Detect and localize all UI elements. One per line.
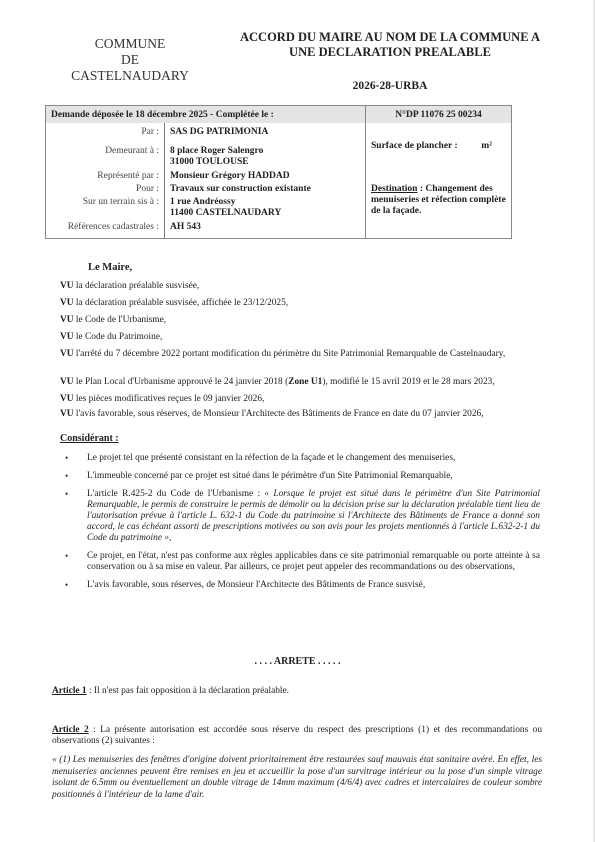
vu-text: la déclaration préalable susvisée, affic…: [74, 298, 289, 308]
request-date: Demande déposée le 18 décembre 2025 - Co…: [46, 106, 366, 124]
document-title: ACCORD DU MAIRE AU NOM DE LA COMMUNE A U…: [215, 30, 565, 60]
row-value: Monsieur Grégory HADDAD: [165, 168, 366, 182]
article-2-prescription: « (1) Les menuiseries des fenêtres d'ori…: [52, 755, 542, 801]
vu-prefix: VU: [60, 377, 74, 387]
article-1: Article 1 : Il n'est pas fait opposition…: [52, 686, 542, 697]
vu-item: VU la déclaration préalable susvisée,: [60, 281, 540, 292]
destination-label: Destination: [371, 184, 417, 194]
considerant-item: L'avis favorable, sous réserves, de Mons…: [60, 580, 540, 591]
article-text: : Il n'est pas fait opposition à la décl…: [87, 686, 289, 696]
row-label: Demeurant à :: [46, 138, 165, 168]
surface-label: Surface de plancher :: [371, 141, 458, 151]
vu-text: ), modifié le 15 avril 2019 et le 28 mar…: [322, 377, 494, 387]
row-value: 1 rue Andréossy 11400 CASTELNAUDARY: [165, 195, 366, 219]
row-label: Sur un terrain sis à :: [46, 195, 165, 219]
vu-text: les pièces modificatives reçues le 09 ja…: [74, 394, 265, 404]
row-label: Références cadastrales :: [46, 219, 165, 239]
vu-item: VU le Plan Local d'Urbanisme approuvé le…: [60, 377, 540, 388]
le-maire: Le Maire,: [88, 262, 132, 273]
considerant-item: Ce projet, en l'état, n'est pas conforme…: [60, 551, 540, 573]
vu-text: le Code du Patrimoine,: [74, 332, 163, 342]
vu-prefix: VU: [60, 315, 74, 325]
article-2: Article 2 : La présente autorisation est…: [52, 725, 542, 747]
vu-item: VU l'arrêté du 7 décembre 2022 portant m…: [60, 349, 540, 360]
considerant-item: L'immeuble concerné par ce projet est si…: [60, 471, 540, 482]
vu-text: l'avis favorable, sous réserves, de Mons…: [74, 409, 484, 419]
row-value: 8 place Roger Salengro 31000 TOULOUSE: [165, 138, 366, 168]
row-value: AH 543: [165, 219, 366, 239]
vu-text: le Code de l'Urbanisme,: [74, 315, 167, 325]
article-label: Article 2: [52, 725, 89, 735]
commune-line: COMMUNE: [60, 36, 200, 52]
vu-text: la déclaration préalable susvisée,: [74, 281, 200, 291]
considerant-item: L'article R.425-2 du Code de l'Urbanisme…: [60, 489, 540, 544]
vu-text: l'arrêté du 7 décembre 2022 portant modi…: [74, 349, 506, 359]
vu-prefix: VU: [60, 281, 74, 291]
row-label: Pour :: [46, 182, 165, 195]
surface-cell: Surface de plancher : m²: [366, 123, 512, 182]
commune-line: DE: [60, 52, 200, 68]
plu-zone: Zone U1: [288, 377, 322, 387]
row-label: Représenté par :: [46, 168, 165, 182]
vu-item: VU la déclaration préalable susvisée, af…: [60, 298, 540, 309]
title-line: UNE DECLARATION PREALABLE: [215, 45, 565, 60]
value-line: 11400 CASTELNAUDARY: [170, 208, 360, 219]
vu-prefix: VU: [60, 298, 74, 308]
table-row: Par : SAS DG PATRIMONIA Surface de planc…: [46, 123, 512, 138]
request-info-table: Demande déposée le 18 décembre 2025 - Co…: [45, 105, 512, 239]
document-reference: 2026-28-URBA: [215, 80, 565, 92]
vu-item: VU le Code de l'Urbanisme,: [60, 315, 540, 326]
considerant-title: Considérant :: [60, 433, 119, 444]
table-header-row: Demande déposée le 18 décembre 2025 - Co…: [46, 106, 512, 124]
row-value: Travaux sur construction existante: [165, 182, 366, 195]
value-line: 1 rue Andréossy: [170, 197, 360, 208]
surface-unit: m²: [481, 141, 492, 151]
vu-text: le Plan Local d'Urbanisme approuvé le 24…: [74, 377, 289, 387]
vu-item: VU l'avis favorable, sous réserves, de M…: [60, 409, 540, 420]
vu-prefix: VU: [60, 349, 74, 359]
vu-item: VU le Code du Patrimoine,: [60, 332, 540, 343]
row-value: SAS DG PATRIMONIA: [165, 123, 366, 138]
table-row: Pour : Travaux sur construction existant…: [46, 182, 512, 195]
arrete-heading: . . . . ARRETE . . . . .: [0, 656, 595, 667]
destination-cell: Destination : Changement des menuiseries…: [366, 182, 512, 239]
considerant-list: Le projet tel que présenté consistant en…: [60, 453, 540, 598]
commune-line: CASTELNAUDARY: [60, 68, 200, 84]
commune-heading: COMMUNE DE CASTELNAUDARY: [60, 36, 200, 84]
row-label: Par :: [46, 123, 165, 138]
article-text: : La présente autorisation est accordée …: [52, 725, 542, 746]
vu-prefix: VU: [60, 332, 74, 342]
vu-prefix: VU: [60, 409, 74, 419]
vu-prefix: VU: [60, 394, 74, 404]
vu-item: VU les pièces modificatives reçues le 09…: [60, 394, 540, 405]
value-line: 8 place Roger Salengro: [170, 146, 360, 157]
article-label: Article 1: [52, 686, 87, 696]
title-line: ACCORD DU MAIRE AU NOM DE LA COMMUNE A: [215, 30, 565, 45]
value-line: 31000 TOULOUSE: [170, 157, 360, 168]
article-ref: L'article R.425-2 du Code de l'Urbanisme…: [87, 489, 264, 499]
considerant-item: Le projet tel que présenté consistant en…: [60, 453, 540, 464]
dp-number: N°DP 11076 25 00234: [366, 106, 512, 124]
